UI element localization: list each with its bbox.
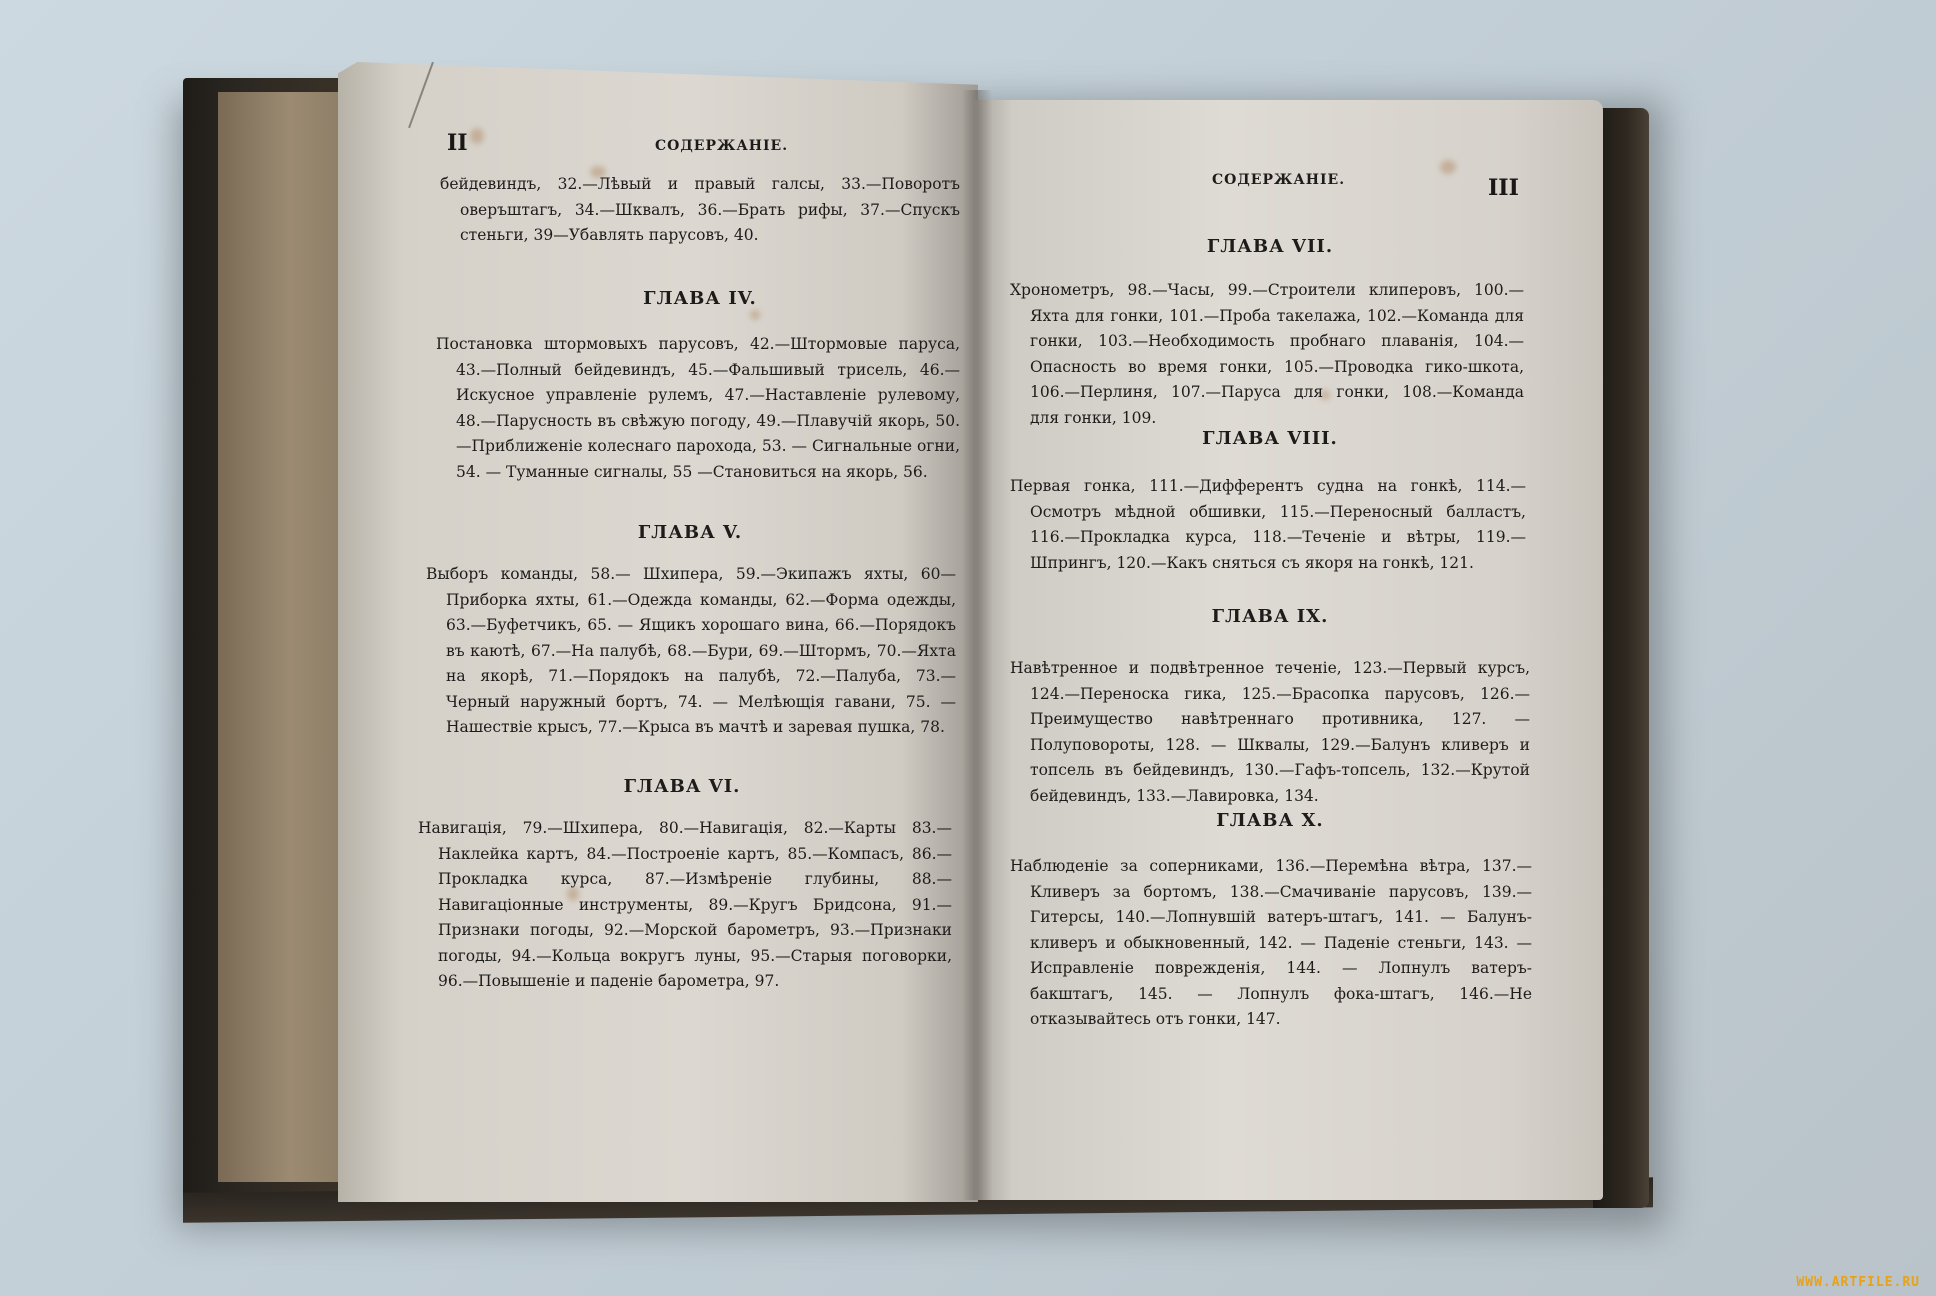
toc-entry-text: Первая гонка, 111.—Дифферентъ судна на г… <box>1010 474 1526 576</box>
stain <box>750 310 760 320</box>
chapter-title-iv: ГЛАВА IV. <box>430 288 970 309</box>
book-endpaper-left <box>218 92 338 1182</box>
watermark: WWW.ARTFILE.RU <box>1796 1275 1920 1290</box>
chapter-viii-entries: Первая гонка, 111.—Дифферентъ судна на г… <box>1010 474 1526 576</box>
book-gutter <box>962 90 992 1200</box>
chapter-x-entries: Наблюденіе за соперниками, 136.—Перемѣна… <box>1010 854 1532 1033</box>
stain <box>1440 160 1456 174</box>
toc-entry-text: Постановка штормовыхъ парусовъ, 42.—Штор… <box>436 332 960 485</box>
chapter-title-vi: ГЛАВА VI. <box>412 776 952 797</box>
toc-entry-text: Хронометръ, 98.—Часы, 99.—Строители клип… <box>1010 278 1524 431</box>
toc-entry-text: Выборъ команды, 58.— Шхипера, 59.—Экипаж… <box>426 562 956 741</box>
stain <box>470 128 484 144</box>
chapter-ix-entries: Навѣтренное и подвѣтренное теченіе, 123.… <box>1010 656 1530 809</box>
toc-entry-text: Навигація, 79.—Шхипера, 80.—Навигація, 8… <box>418 816 952 995</box>
left-running-head: СОДЕРЖАНІЕ. <box>655 138 788 154</box>
chapter-vi-entries: Навигація, 79.—Шхипера, 80.—Навигація, 8… <box>418 816 952 995</box>
right-page <box>975 100 1603 1200</box>
chapter-title-x: ГЛАВА X. <box>1010 810 1530 831</box>
chapter-title-vii: ГЛАВА VII. <box>1010 236 1530 257</box>
toc-continuation: бейдевиндъ, 32.—Лѣвый и правый галсы, 33… <box>440 172 960 249</box>
chapter-iv-entries: Постановка штормовыхъ парусовъ, 42.—Штор… <box>436 332 960 485</box>
chapter-v-entries: Выборъ команды, 58.— Шхипера, 59.—Экипаж… <box>426 562 956 741</box>
chapter-title-ix: ГЛАВА IX. <box>1010 606 1530 627</box>
toc-entry-text: Наблюденіе за соперниками, 136.—Перемѣна… <box>1010 854 1532 1033</box>
toc-entry-text: Навѣтренное и подвѣтренное теченіе, 123.… <box>1010 656 1530 809</box>
left-page-number: II <box>447 130 468 156</box>
chapter-title-v: ГЛАВА V. <box>420 522 960 543</box>
right-running-head: СОДЕРЖАНІЕ. <box>1212 172 1345 188</box>
right-page-number: III <box>1488 175 1519 201</box>
chapter-vii-entries: Хронометръ, 98.—Часы, 99.—Строители клип… <box>1010 278 1524 431</box>
toc-entry-text: бейдевиндъ, 32.—Лѣвый и правый галсы, 33… <box>440 172 960 249</box>
chapter-title-viii: ГЛАВА VIII. <box>1010 428 1530 449</box>
